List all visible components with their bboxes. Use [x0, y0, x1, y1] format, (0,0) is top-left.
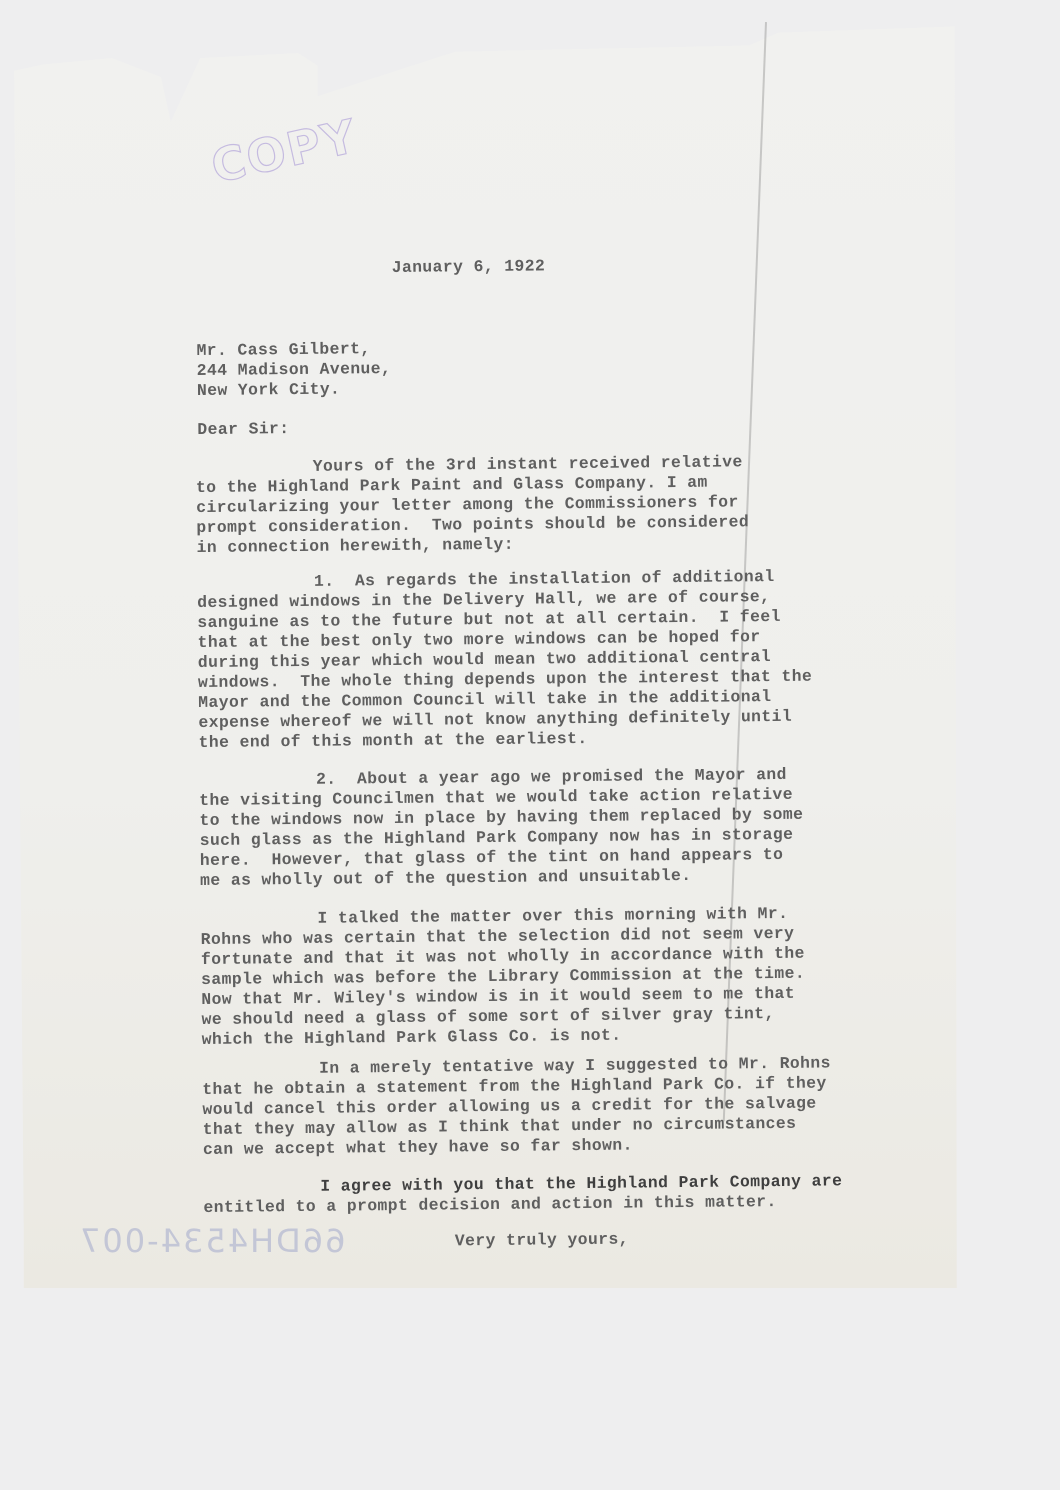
paragraph-5-line: can we accept what they have so far show… — [203, 1138, 633, 1159]
paragraph-1-line: in connection herewith, namely: — [197, 537, 514, 557]
closing: Very truly yours, — [455, 1232, 629, 1250]
point-2-line: me as wholly out of the question and uns… — [200, 868, 691, 890]
paragraph-1-line: prompt consideration. Two points should … — [196, 514, 749, 536]
paragraph-4-line: which the Highland Park Glass Co. is not… — [202, 1028, 622, 1049]
salutation: Dear Sir: — [197, 421, 289, 438]
letter-body: COPY January 6, 1922 Mr. Cass Gilbert, 2… — [0, 0, 1060, 1490]
address-line-3: New York City. — [197, 382, 340, 400]
copy-stamp: COPY — [206, 109, 362, 194]
point-1-line: the end of this month at the earliest. — [199, 731, 588, 751]
point-1-line: expense whereof we will not know anythin… — [198, 709, 792, 732]
address-line-2: 244 Madison Avenue, — [197, 361, 392, 379]
point-2-line: here. However, that glass of the tint on… — [200, 847, 784, 870]
letter-date: January 6, 1922 — [392, 258, 546, 276]
address-line-1: Mr. Cass Gilbert, — [196, 341, 370, 359]
paragraph-6-line: entitled to a prompt decision and action… — [203, 1194, 776, 1216]
paragraph-4-line: we should need a glass of some sort of s… — [201, 1006, 774, 1028]
archive-number: 66DH4534-007 — [78, 1222, 345, 1260]
paragraph-5-line: that they may allow as I think that unde… — [203, 1116, 797, 1139]
